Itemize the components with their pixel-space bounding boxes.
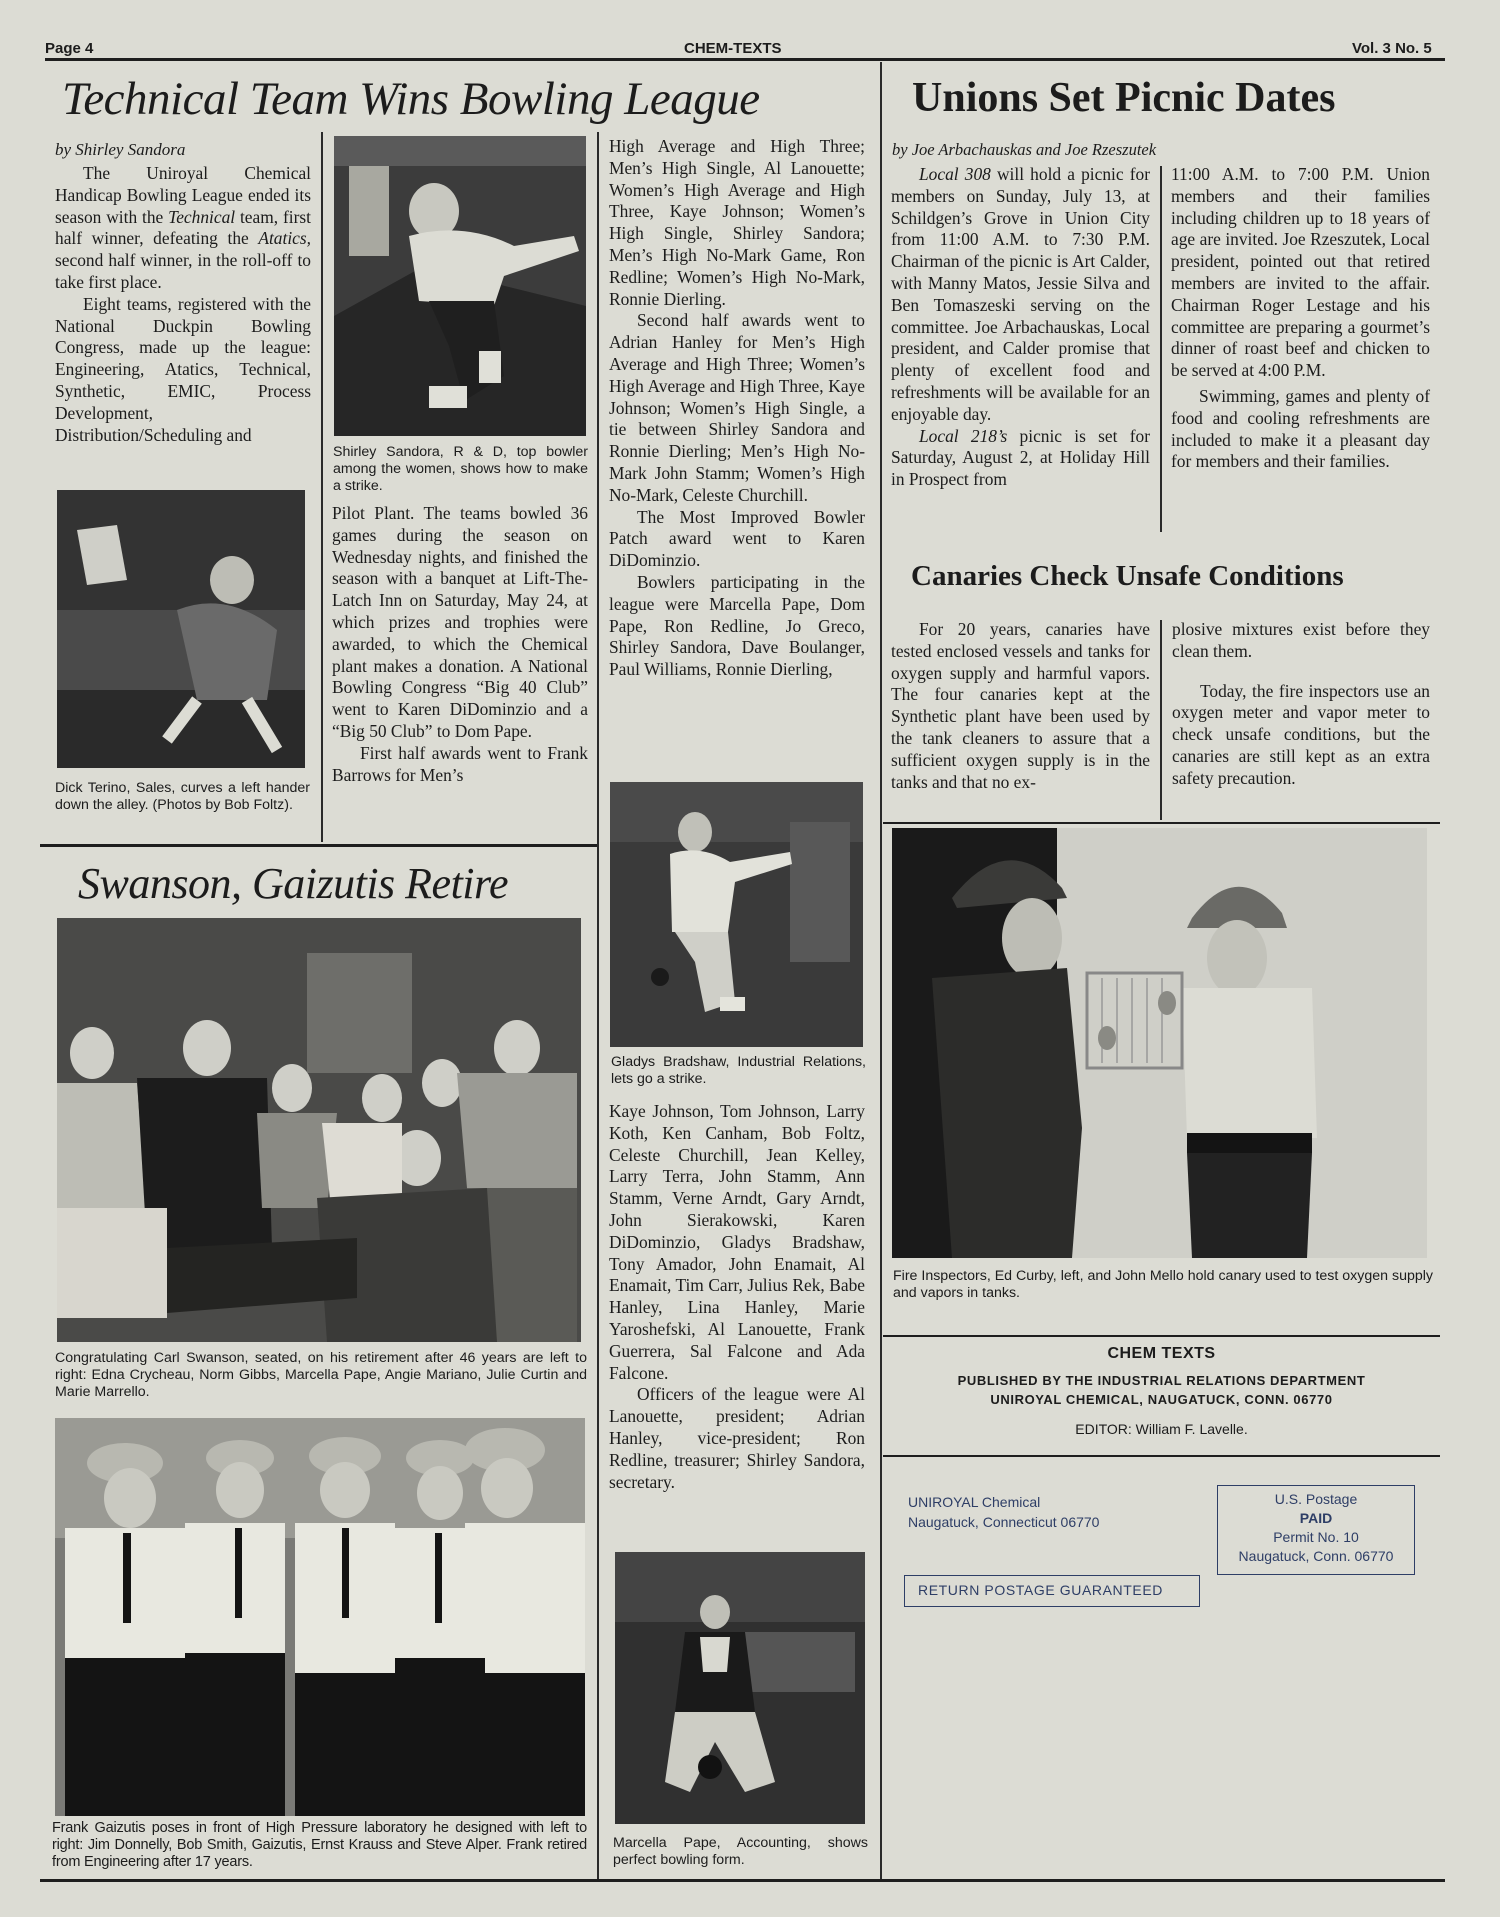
main-column-divider (880, 62, 882, 1882)
bowling-column-3-continued: Kaye Johnson, Tom Johnson, Larry Koth, K… (609, 1101, 865, 1493)
masthead-publisher: PUBLISHED BY THE INDUSTRIAL RELATIONS DE… (883, 1373, 1440, 1388)
column-divider (597, 132, 599, 1882)
retire-headline: Swanson, Gaizutis Retire (78, 858, 508, 909)
bowling-headline: Technical Team Wins Bowling League (62, 72, 760, 126)
bowling-paragraph: Kaye Johnson, Tom Johnson, Larry Koth, K… (609, 1101, 865, 1384)
bowling-paragraph: First half awards went to Frank Barrows … (332, 743, 588, 787)
page-number: Page 4 (45, 40, 93, 57)
bowling-column-3: High Average and High Three; Men’s High … (609, 136, 865, 681)
bowling-byline: by Shirley Sandora (55, 140, 185, 160)
bowling-paragraph: High Average and High Three; Men’s High … (609, 136, 865, 310)
sender-address: UNIROYAL Chemical Naugatuck, Connecticut… (908, 1492, 1099, 1532)
section-rule (40, 844, 597, 847)
bowling-paragraph: Bowlers participating in the league were… (609, 572, 865, 681)
sender-line-1: UNIROYAL Chemical (908, 1492, 1099, 1512)
picnic-byline: by Joe Arbachauskas and Joe Rzeszutek (892, 140, 1156, 160)
publication-name: CHEM-TEXTS (684, 40, 782, 57)
bowling-column-1: The Uniroyal Chemical Handicap Bowling L… (55, 163, 311, 446)
section-rule (883, 822, 1440, 824)
photo-dick-terino (57, 490, 305, 768)
photo-caption: Congratulating Carl Swanson, seated, on … (55, 1350, 587, 1401)
photo-caption: Marcella Pape, Accounting, shows perfect… (613, 1835, 868, 1869)
header-rule (45, 58, 1445, 61)
masthead-rule-top (883, 1335, 1440, 1337)
bowling-paragraph: The Uniroyal Chemical Handicap Bowling L… (55, 163, 311, 294)
column-divider (321, 132, 323, 842)
picnic-column-1: Local 308 will hold a picnic for members… (891, 164, 1150, 491)
bottom-rule (40, 1879, 1445, 1882)
column-divider (1160, 166, 1162, 532)
photo-caption: Fire Inspectors, Ed Curby, left, and Joh… (893, 1268, 1433, 1302)
volume-number: Vol. 3 No. 5 (1352, 40, 1432, 57)
masthead: CHEM TEXTS PUBLISHED BY THE INDUSTRIAL R… (883, 1345, 1440, 1437)
photo-caption: Dick Terino, Sales, curves a left hander… (55, 780, 310, 814)
photo-caption: Frank Gaizutis poses in front of High Pr… (52, 1820, 587, 1871)
picnic-paragraph: 11:00 A.M. to 7:00 P.M. Union members an… (1171, 164, 1430, 382)
postage-permit-box: U.S. Postage PAID Permit No. 10 Naugatuc… (1217, 1485, 1415, 1575)
masthead-rule-bottom (883, 1455, 1440, 1457)
photo-marcella-pape (615, 1552, 865, 1824)
return-postage-notice: RETURN POSTAGE GUARANTEED (904, 1575, 1200, 1607)
column-divider (1160, 620, 1162, 820)
picnic-column-2: 11:00 A.M. to 7:00 P.M. Union members an… (1171, 164, 1430, 473)
photo-caption: Shirley Sandora, R & D, top bowler among… (333, 444, 588, 495)
sender-line-2: Naugatuck, Connecticut 06770 (908, 1512, 1099, 1532)
canaries-column-1: For 20 years, canaries have tested enclo… (891, 619, 1150, 793)
postage-permit: Permit No. 10 (1218, 1528, 1414, 1547)
postage-line-1: U.S. Postage (1218, 1490, 1414, 1509)
bowling-paragraph: Officers of the league were Al Lanouette… (609, 1384, 865, 1493)
photo-gladys-bradshaw (610, 782, 863, 1047)
bowling-paragraph: The Most Improved Bowler Patch award wen… (609, 507, 865, 572)
picnic-paragraph: Local 308 will hold a picnic for members… (891, 164, 1150, 426)
masthead-editor: EDITOR: William F. Lavelle. (883, 1421, 1440, 1437)
bowling-paragraph: Eight teams, registered with the Nationa… (55, 294, 311, 447)
bowling-paragraph: Second half awards went to Adrian Hanley… (609, 310, 865, 506)
bowling-column-2: Pilot Plant. The teams bowled 36 games d… (332, 503, 588, 786)
picnic-headline: Unions Set Picnic Dates (912, 74, 1336, 122)
photo-shirley-sandora (334, 136, 586, 436)
canaries-paragraph: For 20 years, canaries have tested enclo… (891, 619, 1150, 793)
masthead-address: UNIROYAL CHEMICAL, NAUGATUCK, CONN. 0677… (883, 1392, 1440, 1407)
picnic-paragraph: Local 218’s picnic is set for Saturday, … (891, 426, 1150, 491)
canaries-paragraph: plosive mixtures exist before they clean… (1172, 619, 1430, 663)
canaries-headline: Canaries Check Unsafe Conditions (911, 560, 1344, 593)
bowling-paragraph: Pilot Plant. The teams bowled 36 games d… (332, 503, 588, 743)
photo-frank-gaizutis (55, 1418, 585, 1816)
photo-caption: Gladys Bradshaw, Industrial Relations, l… (611, 1054, 866, 1088)
postage-paid: PAID (1218, 1509, 1414, 1528)
postage-location: Naugatuck, Conn. 06770 (1218, 1547, 1414, 1566)
photo-fire-inspectors-canary (892, 828, 1427, 1258)
picnic-paragraph: Swimming, games and plenty of food and c… (1171, 386, 1430, 473)
masthead-title: CHEM TEXTS (883, 1345, 1440, 1363)
canaries-paragraph: Today, the fire inspectors use an oxygen… (1172, 681, 1430, 790)
canaries-column-2: plosive mixtures exist before they clean… (1172, 619, 1430, 790)
photo-carl-swanson-retirement (57, 918, 581, 1342)
